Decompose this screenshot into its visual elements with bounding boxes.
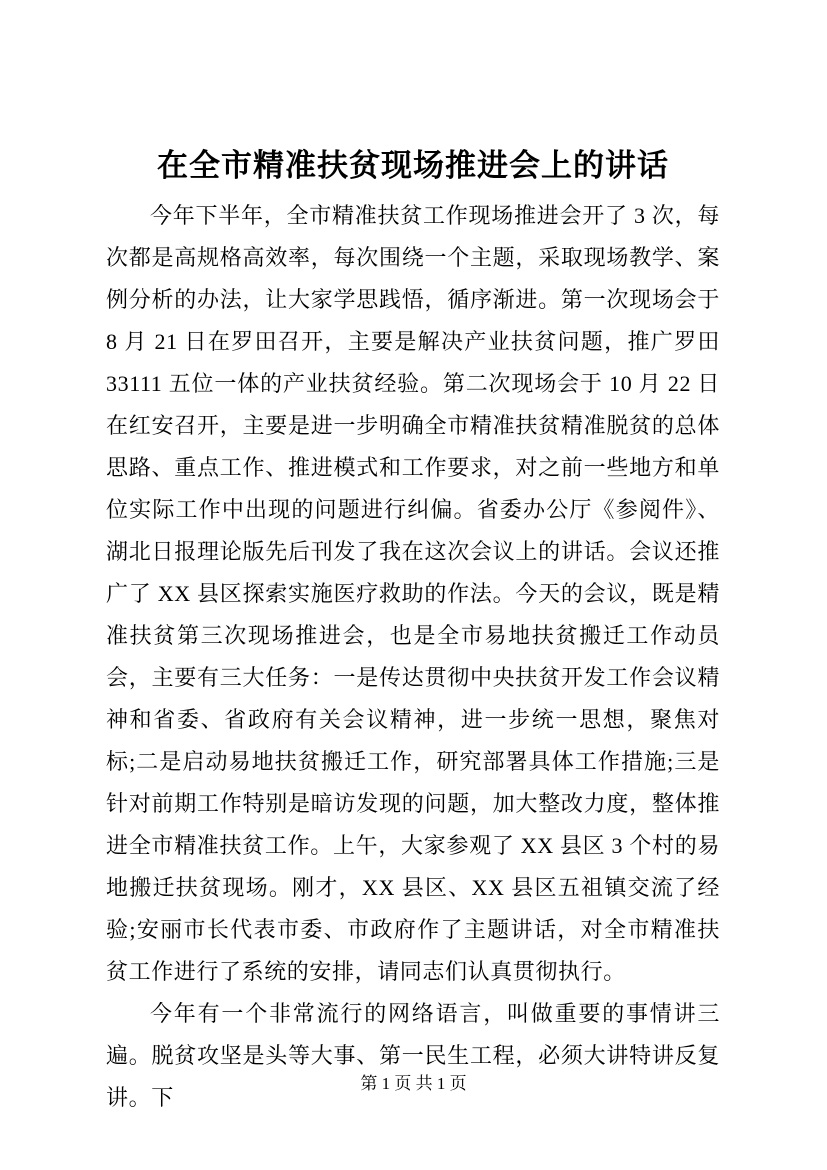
body-paragraph-1: 今年下半年，全市精准扶贫工作现场推进会开了 3 次，每次都是高规格高效率，每次围… — [106, 195, 720, 993]
page-number-footer: 第 1 页 共 1 页 — [0, 1072, 827, 1096]
document-page: 在全市精准扶贫现场推进会上的讲话 今年下半年，全市精准扶贫工作现场推进会开了 3… — [0, 0, 827, 1170]
document-body: 今年下半年，全市精准扶贫工作现场推进会开了 3 次，每次都是高规格高效率，每次围… — [106, 195, 720, 1119]
body-paragraph-2: 今年有一个非常流行的网络语言，叫做重要的事情讲三遍。脱贫攻坚是头等大事、第一民生… — [106, 993, 720, 1119]
document-title: 在全市精准扶贫现场推进会上的讲话 — [106, 143, 720, 189]
